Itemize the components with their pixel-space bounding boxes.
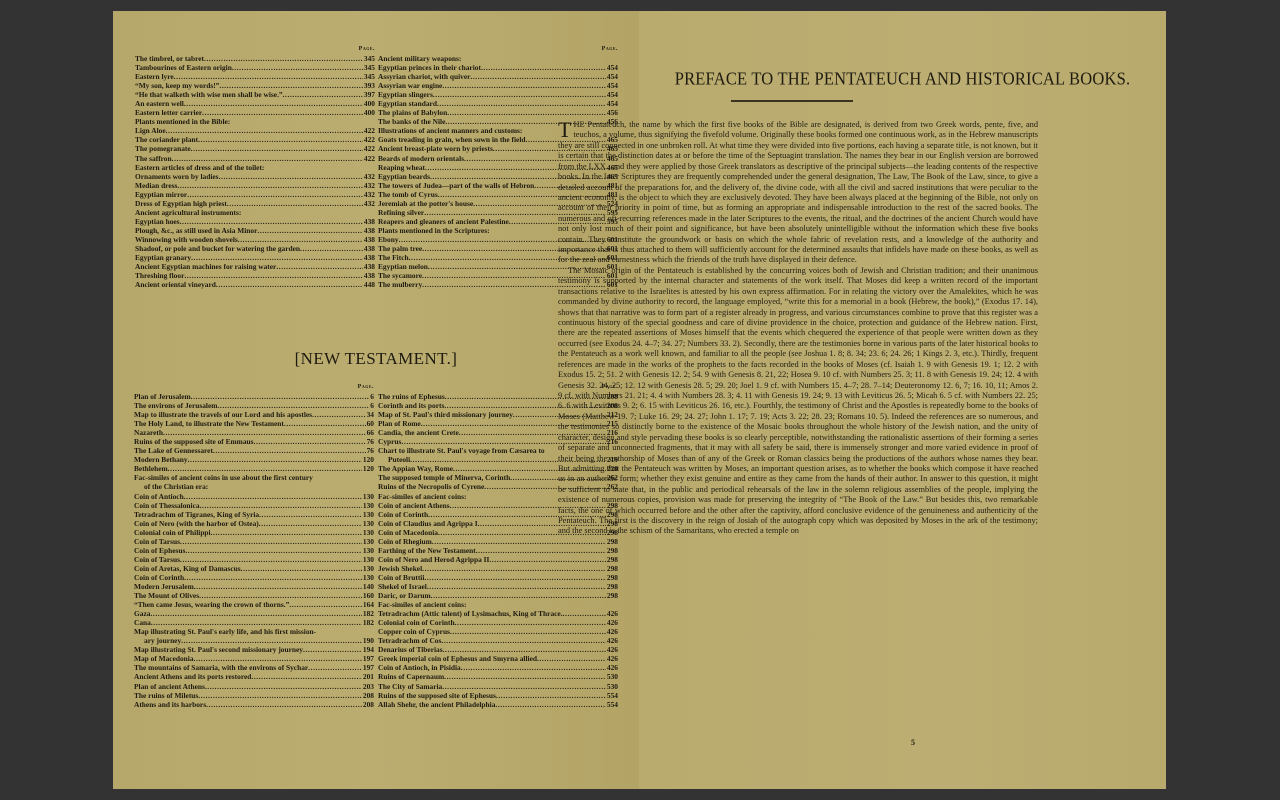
list-item: Coin of Aretas, King of Damascus130 <box>134 564 374 573</box>
entry-title: Fac-similes of ancient coins: <box>378 600 466 609</box>
entry-page-number: 426 <box>606 654 618 663</box>
list-item: Dress of Egyptian high priest432 <box>135 199 375 208</box>
entry-title: Candia, the ancient Crete <box>378 428 459 437</box>
entry-title: Ruins of the Necropolis of Cyrene <box>378 482 484 491</box>
list-item: Winnowing with wooden shovels438 <box>135 235 375 244</box>
dot-leader <box>489 555 605 564</box>
dot-leader <box>200 501 362 510</box>
entry-title: Coin of Thessalonica <box>134 501 200 510</box>
dot-leader <box>206 700 362 709</box>
dot-leader <box>194 582 362 591</box>
dot-leader <box>216 280 363 289</box>
dot-leader <box>424 573 606 582</box>
entry-title: Map illustrating St. Paul's second missi… <box>134 645 303 654</box>
dot-leader <box>283 90 363 99</box>
dot-leader <box>187 190 363 199</box>
entry-page-number: 203 <box>362 682 374 691</box>
list-item: Assyrian war engine454 <box>378 81 618 90</box>
title-rule-divider <box>731 100 853 102</box>
entry-title: Tetradrachm of Tigranes, King of Syria <box>134 510 259 519</box>
dot-leader <box>166 126 363 135</box>
entry-title: Ancient agricultural instruments: <box>135 208 241 217</box>
list-item: The ruins of Miletus208 <box>134 691 374 700</box>
list-item: Egyptian granary438 <box>135 253 375 262</box>
entry-page-number: 454 <box>606 81 618 90</box>
entry-page-number: 298 <box>606 555 618 564</box>
entry-title: Shadoof, or pole and bucket for watering… <box>135 244 300 253</box>
entry-title: Eastern lyre <box>135 72 174 81</box>
entry-title: Winnowing with wooden shovels <box>135 235 238 244</box>
list-item: Egyptian mirror432 <box>135 190 375 199</box>
entry-page-number: 130 <box>362 528 374 537</box>
entry-title: Plan of Jerusalem <box>134 392 191 401</box>
entry-title: Threshing floor <box>135 271 184 280</box>
entry-title: Map of St. Paul's third missionary journ… <box>378 410 513 419</box>
dot-leader <box>563 609 606 618</box>
entry-page-number: 130 <box>362 546 374 555</box>
dot-leader <box>227 199 363 208</box>
list-subheading: Ancient agricultural instruments: <box>135 208 375 217</box>
dot-leader <box>431 591 606 600</box>
entry-title: Plan of Rome <box>378 419 421 428</box>
entry-page-number: 426 <box>606 627 618 636</box>
entry-page-number: 432 <box>363 190 375 199</box>
dot-leader <box>257 226 363 235</box>
entry-title: The environs of Jerusalem <box>134 401 217 410</box>
dot-leader <box>181 636 362 645</box>
list-item: Egyptian princes in their chariot454 <box>378 63 618 72</box>
entry-title: The sycamore <box>378 271 422 280</box>
dot-leader <box>470 72 606 81</box>
entry-page-number: 438 <box>363 271 375 280</box>
list-subheading: Eastern articles of dress and of the toi… <box>135 163 375 172</box>
list-item: Coin of Ephesus130 <box>134 546 374 555</box>
list-item: Coin of Rhegium298 <box>378 537 618 546</box>
dot-leader <box>205 682 362 691</box>
entry-page-number: 130 <box>362 510 374 519</box>
entry-page-number: 432 <box>363 172 375 181</box>
entry-title: Egyptian beards <box>378 172 430 181</box>
entry-title: Ancient Athens and its ports restored <box>134 672 251 681</box>
list-item: The Mount of Olives160 <box>134 591 374 600</box>
entry-page-number: 298 <box>606 564 618 573</box>
list-item: An eastern well400 <box>135 99 375 108</box>
dot-leader <box>191 392 370 401</box>
entry-page-number: 130 <box>362 519 374 528</box>
list-item: Copper coin of Cyprus426 <box>378 627 618 636</box>
list-item: The City of Samaria530 <box>378 682 618 691</box>
list-item: “Then came Jesus, wearing the crown of t… <box>134 600 374 609</box>
entry-page-number: 130 <box>362 492 374 501</box>
dot-leader <box>276 262 363 271</box>
entry-page-number: 530 <box>606 672 618 681</box>
entry-page-number: 422 <box>363 135 375 144</box>
list-item: “My son, keep my words!”393 <box>135 81 375 90</box>
list-item: Eastern lyre345 <box>135 72 375 81</box>
list-item: The Lake of Gennessaret76 <box>134 446 374 455</box>
entry-page-number <box>373 482 374 491</box>
dot-leader <box>264 163 374 172</box>
page-column-header: Page. <box>134 383 374 392</box>
page-column-header: Page. <box>378 45 618 54</box>
list-item: Coin of Antioch130 <box>134 492 374 501</box>
entry-page-number: 298 <box>606 537 618 546</box>
entry-title: Coin of Claudius and Agrippa I <box>378 519 478 528</box>
entry-page-number: 432 <box>363 181 375 190</box>
entry-title: Coin of Macedonia <box>378 528 438 537</box>
dot-leader <box>151 618 362 627</box>
entry-page-number: 438 <box>363 253 375 262</box>
dot-leader <box>443 645 606 654</box>
preface-paragraph-2: The Mosaic origin of the Pentateuch is e… <box>558 266 1038 537</box>
list-item: Coin of Thessalonica130 <box>134 501 374 510</box>
list-item: Lign Aloe422 <box>135 126 375 135</box>
list-item: Jewish Shekel298 <box>378 564 618 573</box>
dot-leader <box>496 691 606 700</box>
list-item: Egyptian slingers454 <box>378 90 618 99</box>
dot-leader <box>219 172 363 181</box>
dot-leader <box>300 244 363 253</box>
entry-title: Assyrian chariot, with quiver <box>378 72 470 81</box>
list-item: Ruins of Capernaum530 <box>378 672 618 681</box>
dot-leader <box>177 181 363 190</box>
entry-title: Coin of Antioch <box>134 492 184 501</box>
entry-title: The Mount of Olives <box>134 591 199 600</box>
list-item: Gaza182 <box>134 609 374 618</box>
dot-leader <box>461 54 617 63</box>
entry-page-number: 426 <box>606 645 618 654</box>
entry-page-number: 197 <box>362 663 374 672</box>
entry-page-number: 438 <box>363 217 375 226</box>
entry-title: Nazareth <box>134 428 163 437</box>
drop-cap: T <box>558 121 571 139</box>
entry-page-number: 426 <box>606 618 618 627</box>
list-item: Bethlehem120 <box>134 464 374 473</box>
entry-title: Map of Macedonia <box>134 654 194 663</box>
entry-page-number: 76 <box>366 437 374 446</box>
entry-page-number <box>373 627 374 636</box>
entry-title: Coin of Tarsus <box>134 537 180 546</box>
entry-title: Plough, &c., as still used in Asia Minor <box>135 226 257 235</box>
dot-leader <box>168 464 362 473</box>
list-item: Map illustrating St. Paul's second missi… <box>134 645 374 654</box>
entry-title: Coin of Ephesus <box>134 546 185 555</box>
list-item: Greek imperial coin of Ephesus and Smyrn… <box>378 654 618 663</box>
list-item: Tetradrachm of Cos426 <box>378 636 618 645</box>
dot-leader <box>184 492 362 501</box>
entry-title: Egyptian melon <box>378 262 428 271</box>
entry-title: Tambourines of Eastern origin <box>135 63 232 72</box>
entry-title: Eastern letter carrier <box>135 108 202 117</box>
list-item: Denarius of Tiberias426 <box>378 645 618 654</box>
entry-title: The banks of the Nile <box>378 117 445 126</box>
list-item: Assyrian chariot, with quiver454 <box>378 72 618 81</box>
entry-title: The plains of Babylon <box>378 108 447 117</box>
entry-title: Egyptian granary <box>135 253 191 262</box>
entry-title: of the Christian era: <box>144 482 208 491</box>
entry-title: Colonial coin of Corinth <box>378 618 455 627</box>
list-item: Modern Bethany120 <box>134 455 374 464</box>
dot-leader <box>184 573 362 582</box>
entry-page-number: 60 <box>366 419 374 428</box>
list-item: Daric, or Darum298 <box>378 591 618 600</box>
nt-list-col1: Page. Plan of Jerusalem6The environs of … <box>134 383 374 709</box>
dot-leader <box>180 537 362 546</box>
list-item: Threshing floor438 <box>135 271 375 280</box>
entry-page-number: 130 <box>362 537 374 546</box>
dot-leader <box>217 401 369 410</box>
entry-title: Denarius of Tiberias <box>378 645 443 654</box>
entry-title: The ruins of Ephesus <box>378 392 445 401</box>
entry-title: Coin of Nero (with the harbor of Ostea) <box>134 519 259 528</box>
entry-page-number: 345 <box>363 72 375 81</box>
dot-leader <box>188 455 362 464</box>
entry-title: Chart to illustrate St. Paul's voyage fr… <box>378 446 545 455</box>
dot-leader <box>432 537 606 546</box>
entry-page-number: 422 <box>363 144 375 153</box>
entry-title: Ornaments worn by ladies <box>135 172 219 181</box>
entry-title: Shekel of Israel <box>378 582 427 591</box>
entry-title: Illustrations of ancient manners and cus… <box>378 126 522 135</box>
list-subheading: Fac-similes of ancient coins in use abou… <box>134 473 374 482</box>
entry-page-number <box>617 54 618 63</box>
entry-page-number: 130 <box>362 501 374 510</box>
entry-title: Coin of ancient Athens <box>378 501 450 510</box>
entry-title: Modern Bethany <box>134 455 188 464</box>
list-item: The mountains of Samaria, with the envir… <box>134 663 374 672</box>
entry-title: Tetradrachm (Attic talent) of Lysimachus… <box>378 609 563 618</box>
list-item: Tetradrachm (Attic talent) of Lysimachus… <box>378 609 618 618</box>
entry-page-number: 438 <box>363 235 375 244</box>
dot-leader <box>180 217 363 226</box>
entry-page-number: 120 <box>362 464 374 473</box>
entry-page-number: 34 <box>366 410 374 419</box>
entry-page-number: 120 <box>362 455 374 464</box>
list-subheading: Ancient military weapons: <box>378 54 618 63</box>
dot-leader <box>289 600 362 609</box>
entry-page-number: 432 <box>363 199 375 208</box>
entry-title: Plants mentioned in the Scriptures: <box>378 226 490 235</box>
dot-leader <box>254 437 366 446</box>
dot-leader <box>259 510 362 519</box>
dot-leader <box>308 663 362 672</box>
entry-page-number: 201 <box>362 672 374 681</box>
entry-title: Egyptian princes in their chariot <box>378 63 481 72</box>
entry-page-number: 298 <box>606 546 618 555</box>
entry-page-number: 422 <box>363 126 375 135</box>
entry-title: Egyptian standard <box>378 99 437 108</box>
dot-leader <box>219 81 363 90</box>
entry-title: Plants mentioned in the Bible: <box>135 117 230 126</box>
list-item: Coin of Tarsus130 <box>134 555 374 564</box>
list-item: Coin of Nero and Herod Agrippa II298 <box>378 555 618 564</box>
entry-title: Greek imperial coin of Ephesus and Smyrn… <box>378 654 537 663</box>
entry-title: The palm tree <box>378 244 422 253</box>
list-item: Shadoof, or pole and bucket for watering… <box>135 244 375 253</box>
entry-page-number: 397 <box>363 90 375 99</box>
list-item: Athens and its harbors208 <box>134 700 374 709</box>
list-item: “He that walketh with wise men shall be … <box>135 90 375 99</box>
entry-page-number: 76 <box>366 446 374 455</box>
entry-page-number: 208 <box>362 700 374 709</box>
entry-title: The City of Samaria <box>378 682 442 691</box>
entry-title: The Holy Land, to illustrate the New Tes… <box>134 419 284 428</box>
entry-title: Median dress <box>135 181 177 190</box>
list-subheading: of the Christian era: <box>134 482 374 491</box>
entry-page-number <box>373 473 374 482</box>
entry-title: Cyprus <box>378 437 401 446</box>
dot-leader <box>251 672 362 681</box>
entry-title: Coin of Corinth <box>134 573 184 582</box>
dot-leader <box>163 428 366 437</box>
dot-leader <box>495 700 606 709</box>
entry-page-number <box>617 600 618 609</box>
dot-leader <box>208 482 373 491</box>
list-item: Plough, &c., as still used in Asia Minor… <box>135 226 375 235</box>
entry-title: Coin of Nero and Herod Agrippa II <box>378 555 489 564</box>
entry-page-number: 426 <box>606 663 618 672</box>
list-item: Colonial coin of Philippi130 <box>134 528 374 537</box>
dot-leader <box>198 135 363 144</box>
entry-title: Refining silver <box>378 208 424 217</box>
entry-title: Athens and its harbors <box>134 700 206 709</box>
list-item: Cana182 <box>134 618 374 627</box>
dot-leader <box>232 63 363 72</box>
dot-leader <box>433 90 606 99</box>
dot-leader <box>447 108 606 117</box>
entry-title: Coin of Antioch, in Pisidia <box>378 663 461 672</box>
entry-page-number: 164 <box>362 600 374 609</box>
list-item: Coin of Tarsus130 <box>134 537 374 546</box>
entry-title: Ebony <box>378 235 399 244</box>
entry-title: Goats treading in grain, when sown in th… <box>378 135 526 144</box>
entry-page-number <box>374 163 375 172</box>
entry-title: Egyptian hoes <box>135 217 180 226</box>
list-item: The pomegranate422 <box>135 144 375 153</box>
entry-title: The tomb of Cyrus <box>378 190 438 199</box>
list-item: Allah Shehr, the ancient Philadelphia554 <box>378 700 618 709</box>
list-item: Tambourines of Eastern origin345 <box>135 63 375 72</box>
entry-title: Ancient breast-plate worn by priests <box>378 144 493 153</box>
dot-leader <box>213 446 366 455</box>
list-item: Egyptian hoes438 <box>135 217 375 226</box>
entry-title: “He that walketh with wise men shall be … <box>135 90 283 99</box>
entry-title: Ancient military weapons: <box>378 54 461 63</box>
dot-leader <box>150 609 361 618</box>
dot-leader <box>180 555 362 564</box>
entry-page-number: 400 <box>363 99 375 108</box>
entry-title: ary journey <box>144 636 181 645</box>
entry-page-number: 194 <box>362 645 374 654</box>
list-item: Shekel of Israel298 <box>378 582 618 591</box>
entry-page-number: 182 <box>362 609 374 618</box>
dot-leader <box>184 271 363 280</box>
entry-page-number: 454 <box>606 99 618 108</box>
dot-leader <box>461 663 606 672</box>
dot-leader <box>238 235 363 244</box>
entry-page-number: 182 <box>362 618 374 627</box>
entry-page-number: 345 <box>363 63 375 72</box>
entry-page-number <box>374 117 375 126</box>
list-item: Map of Macedonia197 <box>134 654 374 663</box>
entry-page-number: 345 <box>363 54 375 63</box>
dot-leader <box>537 654 606 663</box>
entry-page-number: 190 <box>362 636 374 645</box>
entry-title: Fac-similes of ancient coins: <box>378 492 466 501</box>
list-item: Ornaments worn by ladies432 <box>135 172 375 181</box>
dot-leader <box>466 600 617 609</box>
entry-page-number: 454 <box>606 90 618 99</box>
entry-title: The Lake of Gennessaret <box>134 446 213 455</box>
list-item: Median dress432 <box>135 181 375 190</box>
entry-page-number: 393 <box>363 81 375 90</box>
entry-title: Dress of Egyptian high priest <box>135 199 227 208</box>
ot-list-col1: Page. The timbrel, or tabret345Tambourin… <box>135 45 375 289</box>
entry-title: Corinth and its ports <box>378 401 444 410</box>
list-item: Tetradrachm of Tigranes, King of Syria13… <box>134 510 374 519</box>
dot-leader <box>185 546 362 555</box>
entry-page-number: 456 <box>606 108 618 117</box>
entry-title: The saffron <box>135 154 172 163</box>
dot-leader <box>241 564 362 573</box>
entry-title: Ruins of the supposed site of Ephesus <box>378 691 496 700</box>
entry-page-number: 554 <box>606 691 618 700</box>
entry-page-number: 130 <box>362 573 374 582</box>
dot-leader <box>442 682 606 691</box>
entry-title: Farthing of the New Testament <box>378 546 476 555</box>
entry-title: Allah Shehr, the ancient Philadelphia <box>378 700 495 709</box>
entry-title: Coin of Bruttii <box>378 573 424 582</box>
entry-title: Ancient Egyptian machines for raising wa… <box>135 262 276 271</box>
entry-title: The Appian Way, Rome <box>378 464 453 473</box>
entry-page-number: 454 <box>606 63 618 72</box>
entry-title: The ruins of Miletus <box>134 691 198 700</box>
entry-title: Jeremiah at the potter's house <box>378 199 473 208</box>
entry-title: Fac-similes of ancient coins in use abou… <box>134 473 313 482</box>
entry-page-number: 6 <box>369 401 374 410</box>
entry-title: Egyptian mirror <box>135 190 187 199</box>
entry-title: The supposed temple of Minerva, Corinth <box>378 473 510 482</box>
dot-leader <box>422 564 606 573</box>
preface-body: THE Pentateuch, the name by which the fi… <box>558 120 1038 537</box>
dot-leader <box>259 519 362 528</box>
list-item: Coin of Nero (with the harbor of Ostea)1… <box>134 519 374 528</box>
entry-page-number <box>374 208 375 217</box>
entry-title: Colonial coin of Philippi <box>134 528 211 537</box>
entry-page-number: 298 <box>606 573 618 582</box>
entry-title: An eastern well <box>135 99 184 108</box>
entry-title: Modern Jerusalem <box>134 582 194 591</box>
entry-page-number: 66 <box>366 428 374 437</box>
list-subheading: Plants mentioned in the Bible: <box>135 117 375 126</box>
entry-title: Egyptian slingers <box>378 90 433 99</box>
entry-title: Bethlehem <box>134 464 168 473</box>
dot-leader <box>481 63 606 72</box>
list-item: The coriander plant422 <box>135 135 375 144</box>
entry-page-number: 448 <box>363 280 375 289</box>
entry-page-number: 438 <box>363 262 375 271</box>
list-item: The plains of Babylon456 <box>378 108 618 117</box>
entry-page-number: 130 <box>362 555 374 564</box>
dot-leader <box>427 582 606 591</box>
entry-page-number: 554 <box>606 700 618 709</box>
dot-leader <box>476 546 606 555</box>
entry-title: Ancient oriental vineyard <box>135 280 216 289</box>
dot-leader <box>241 208 374 217</box>
list-item: Egyptian standard454 <box>378 99 618 108</box>
dot-leader <box>202 108 363 117</box>
list-item: Colonial coin of Corinth426 <box>378 618 618 627</box>
